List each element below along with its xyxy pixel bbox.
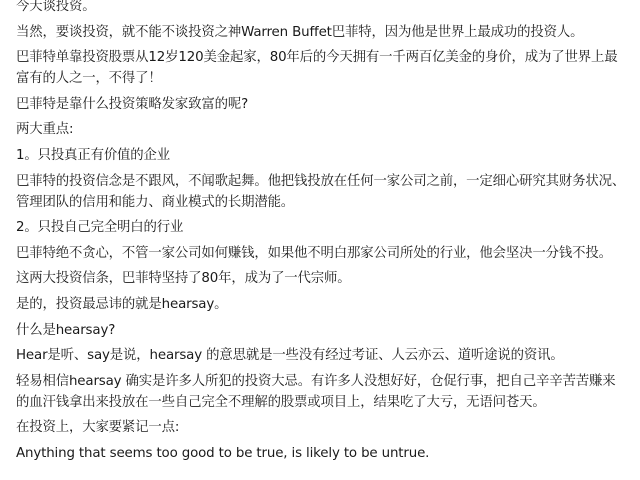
- paragraph-hearsay-warning: 轻易相信hearsay 确实是许多人所犯的投资大忌。有许多人没想好好，仓促行事，…: [16, 371, 626, 413]
- paragraph-hearsay-taboo: 是的，投资最忌讳的就是hearsay。: [16, 294, 626, 315]
- paragraph-point-1-body: 巴菲特的投资信念是不跟风，不闻歌起舞。他把钱投放在任何一家公司之前，一定细心研究…: [16, 171, 626, 213]
- paragraph-two-points-heading: 两大重点:: [16, 119, 626, 140]
- paragraph-intro: 今天谈投资。: [16, 0, 626, 17]
- paragraph-hearsay-definition: Hear是听、say是说，hearsay 的意思就是一些没有经过考证、人云亦云、…: [16, 345, 626, 366]
- paragraph-point-1-heading: 1。只投真正有价值的企业: [16, 145, 626, 166]
- paragraph-point-2-body: 巴菲特绝不贪心，不管一家公司如何赚钱，如果他不明白那家公司所处的行业，他会坚决一…: [16, 243, 626, 264]
- paragraph-remember: 在投资上，大家要紧记一点:: [16, 417, 626, 438]
- paragraph-question: 巴菲特是靠什么投资策略发家致富的呢?: [16, 94, 626, 115]
- article-body: 今天谈投资。 当然，要谈投资，就不能不谈投资之神Warren Buffet巴菲特…: [16, 0, 626, 469]
- paragraph-hearsay-question: 什么是hearsay?: [16, 320, 626, 341]
- paragraph-buffett-wealth: 巴菲特单靠投资股票从12岁120美金起家，80年后的今天拥有一千两百亿美金的身价…: [16, 47, 626, 89]
- paragraph-quote: Anything that seems too good to be true,…: [16, 443, 626, 464]
- paragraph-point-2-heading: 2。只投自己完全明白的行业: [16, 217, 626, 238]
- paragraph-buffett-intro: 当然，要谈投资，就不能不谈投资之神Warren Buffet巴菲特，因为他是世界…: [16, 22, 626, 43]
- paragraph-summary: 这两大投资信条，巴菲特坚持了80年，成为了一代宗师。: [16, 268, 626, 289]
